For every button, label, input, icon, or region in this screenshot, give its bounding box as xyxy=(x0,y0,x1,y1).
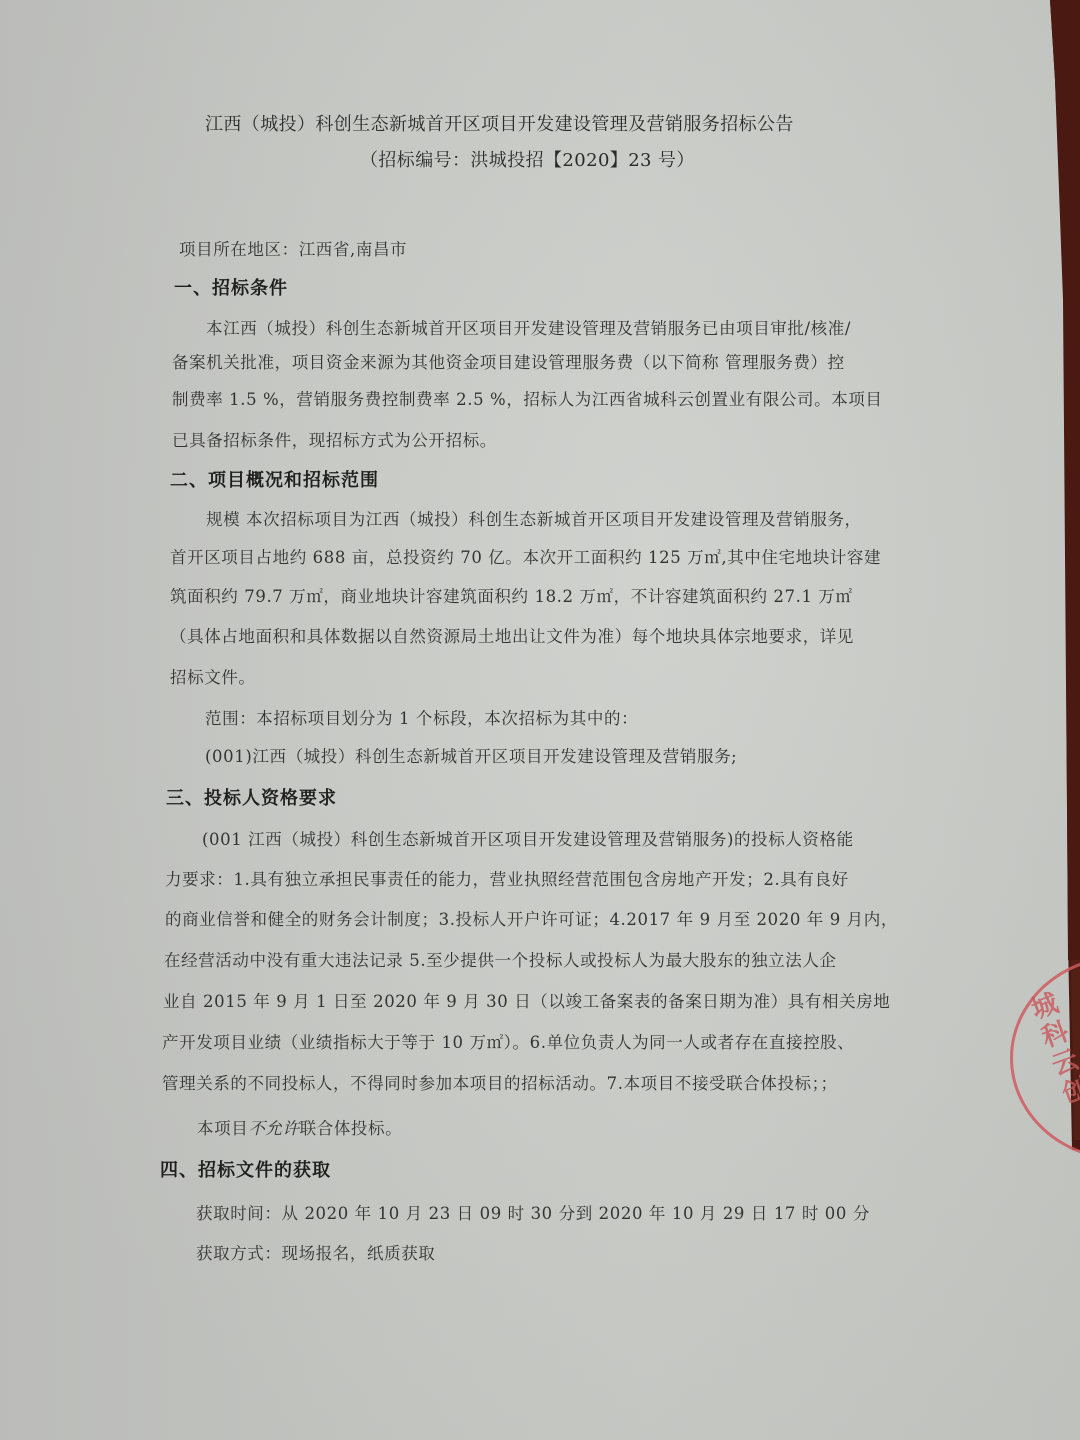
paragraph-line: (001)江西（城投）科创生态新城首开区项目开发建设管理及营销服务; xyxy=(205,743,737,767)
section-heading-project-overview: 二、项目概况和招标范围 xyxy=(170,466,379,492)
section-heading-bidder-qualifications: 三、投标人资格要求 xyxy=(166,784,337,810)
project-location: 项目所在地区：江西省,南昌市 xyxy=(179,236,407,260)
table-edge-overlay xyxy=(1020,0,1080,960)
paragraph-line: 筑面积约 79.7 万㎡，商业地块计容建筑面积约 18.2 万㎡，不计容建筑面积… xyxy=(170,583,853,607)
document-title: 江西（城投）科创生态新城首开区项目开发建设管理及营销服务招标公告 xyxy=(205,110,794,136)
paragraph-line: 管理关系的不同投标人，不得同时参加本项目的招标活动。7.本项目不接受联合体投标；… xyxy=(162,1070,838,1094)
paragraph-line: 业自 2015 年 9 月 1 日至 2020 年 9 月 30 日（以竣工备案… xyxy=(163,988,890,1012)
consortium-note: 本项目不允许联合体投标。 xyxy=(197,1115,402,1139)
document-subtitle: （招标编号：洪城投招【2020】23 号） xyxy=(360,146,695,172)
paragraph-line: 招标文件。 xyxy=(170,664,256,688)
paragraph-line: 备案机关批准，项目资金来源为其他资金项目建设管理服务费（以下简称 管理服务费）控 xyxy=(172,349,845,373)
paragraph-line: （具体占地面积和具体数据以自然资源局土地出让文件为准）每个地块具体宗地要求，详见 xyxy=(170,623,854,647)
acquisition-time: 获取时间：从 2020 年 10 月 23 日 09 时 30 分到 2020 … xyxy=(196,1200,870,1224)
paragraph-line: 产开发项目业绩（业绩指标大于等于 10 万㎡）。6.单位负责人为同一人或者存在直… xyxy=(162,1029,854,1053)
paragraph-line: (001 江西（城投）科创生态新城首开区项目开发建设管理及营销服务)的投标人资格… xyxy=(202,826,854,850)
paragraph-line: 首开区项目占地约 688 亩，总投资约 70 亿。本次开工面积约 125 万㎡,… xyxy=(170,544,881,568)
paragraph-line: 在经营活动中没有重大违法记录 5.至少提供一个投标人或投标人为最大股东的独立法人… xyxy=(164,947,837,971)
note-suffix: 联合体投标。 xyxy=(300,1119,403,1138)
paragraph-line: 本江西（城投）科创生态新城首开区项目开发建设管理及营销服务已由项目审批/核准/ xyxy=(206,315,851,339)
note-emphasis: 不允许 xyxy=(248,1119,299,1138)
paragraph-line: 制费率 1.5 %，营销服务费控制费率 2.5 %，招标人为江西省城科云创置业有… xyxy=(172,386,883,410)
section-heading-document-acquisition: 四、招标文件的获取 xyxy=(160,1156,331,1182)
section-heading-bidding-conditions: 一、招标条件 xyxy=(174,274,288,300)
paragraph-line: 力要求：1.具有独立承担民事责任的能力，营业执照经营范围包含房地产开发；2.具有… xyxy=(165,866,849,890)
note-prefix: 本项目 xyxy=(197,1119,248,1138)
paragraph-line: 的商业信誉和健全的财务会计制度；3.投标人开户许可证；4.2017 年 9 月至… xyxy=(165,906,898,930)
paragraph-line: 范围：本招标项目划分为 1 个标段，本次招标为其中的： xyxy=(205,705,638,729)
paragraph-line: 规模 本次招标项目为江西（城投）科创生态新城首开区项目开发建设管理及营销服务， xyxy=(206,506,862,530)
paragraph-line: 已具备招标条件，现招标方式为公开招标。 xyxy=(172,427,497,451)
acquisition-method: 获取方式：现场报名，纸质获取 xyxy=(196,1240,435,1264)
